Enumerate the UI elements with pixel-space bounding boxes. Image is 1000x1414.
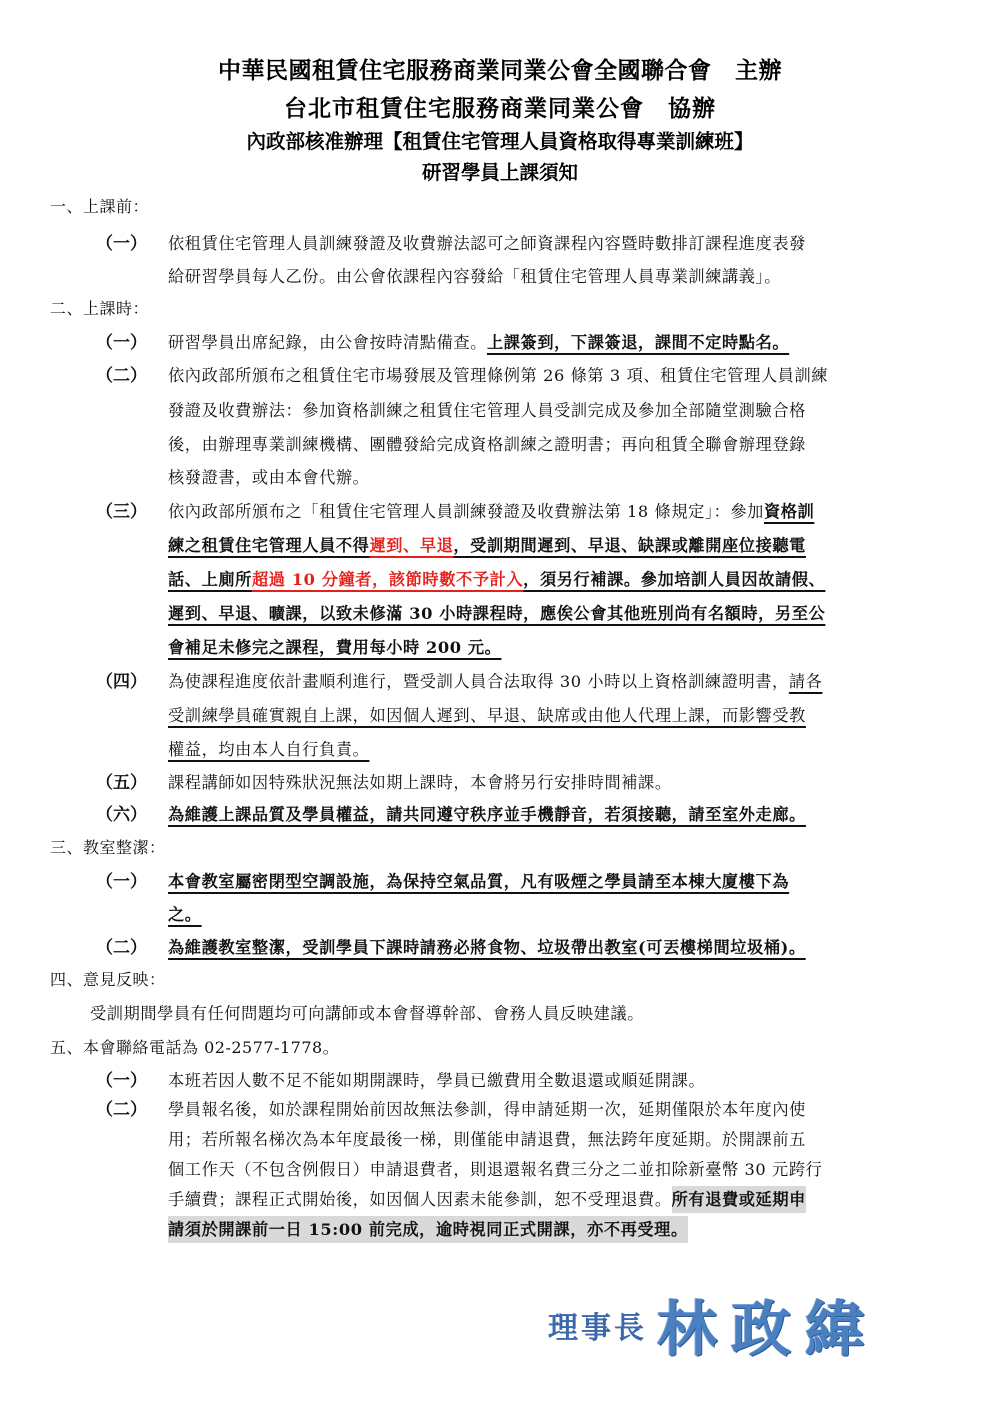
emphasis-text: 資格訓 bbox=[764, 502, 814, 521]
emphasis-text: 話、上廁所 bbox=[168, 570, 252, 589]
item-text-line: 研習學員出席紀錄，由公會按時清點備查。上課簽到，下課簽退，課間不定時點名。 bbox=[168, 329, 789, 353]
item-text-line: 為使課程進度依計畫順利進行，暨受訓人員合法取得 30 小時以上資格訓練證明書，請… bbox=[168, 668, 822, 692]
section-heading-during-class: 二、上課時： bbox=[50, 296, 149, 319]
section-heading-feedback: 四、意見反映： bbox=[50, 967, 166, 990]
section-heading-contact: 五、本會聯絡電話為 02-2577-1778。 bbox=[50, 1035, 339, 1058]
plain-text: 為使課程進度依計畫順利進行，暨受訓人員合法取得 30 小時以上資格訓練證明書， bbox=[168, 672, 789, 691]
item-number: （一） bbox=[96, 1066, 147, 1091]
item-text-line: 個工作天（不包含例假日）申請退費者，則退還報名費三分之二並扣除新臺幣 30 元跨… bbox=[168, 1156, 822, 1180]
plain-text: 手續費；課程正式開始後，如因個人因素未能參訓，恕不受理退費。 bbox=[168, 1190, 672, 1209]
item-number: （六） bbox=[96, 800, 147, 825]
item-text-line: 為維護上課品質及學員權益，請共同遵守秩序並手機靜音，若須接聽，請至室外走廊。 bbox=[168, 801, 806, 825]
highlighted-text: 所有退費或延期申 bbox=[672, 1186, 806, 1213]
item-number: （二） bbox=[96, 1095, 147, 1120]
item-text-line: 為維護教室整潔，受訓學員下課時請務必將食物、垃圾帶出教室(可丟樓梯間垃圾桶)。 bbox=[168, 934, 806, 958]
item-text-line: 依內政部所頒布之「租賃住宅管理人員訓練發證及收費辦法第 18 條規定」：參加資格… bbox=[168, 498, 814, 522]
course-title: 內政部核准辦理【租賃住宅管理人員資格取得專業訓練班】 bbox=[0, 126, 1000, 154]
plain-text: 研習學員出席紀錄，由公會按時清點備查。 bbox=[168, 333, 487, 352]
organizer-line: 中華民國租賃住宅服務商業同業公會全國聯合會 主辦 bbox=[0, 52, 1000, 85]
item-text-line: 遲到、早退、曠課，以致未修滿 30 小時課程時，應俟公會其他班別尚有名額時，另至… bbox=[168, 600, 825, 624]
document-page: 中華民國租賃住宅服務商業同業公會全國聯合會 主辦 台北市租賃住宅服務商業同業公會… bbox=[0, 0, 1000, 1414]
emphasis-text: 練之租賃住宅管理人員不得 bbox=[168, 536, 369, 555]
emphasis-text: ，受訓期間遲到、早退、缺課或離開座位接聽電 bbox=[453, 536, 806, 555]
item-number: （三） bbox=[96, 497, 147, 522]
item-number: （一） bbox=[96, 229, 147, 254]
item-text-line: 本會教室屬密閉型空調設施，為保持空氣品質，凡有吸煙之學員請至本棟大廈樓下為 bbox=[168, 868, 789, 892]
item-text-line: 用；若所報名梯次為本年度最後一梯，則僅能申請退費，無法跨年度延期。於開課前五 bbox=[168, 1126, 806, 1150]
item-number: （四） bbox=[96, 667, 147, 692]
signature-title: 理事長 bbox=[548, 1303, 647, 1347]
red-emphasis-text: 超過 10 分鐘者，該節時數不予計入 bbox=[252, 570, 523, 589]
co-organizer-line: 台北市租賃住宅服務商業同業公會 協辦 bbox=[0, 90, 1000, 123]
signature-name-stamp: 林政緯 bbox=[657, 1282, 879, 1368]
emphasis-text: 上課簽到，下課簽退，課間不定時點名。 bbox=[487, 333, 789, 352]
item-text-line: 發證及收費辦法：參加資格訓練之租賃住宅管理人員受訓完成及參加全部隨堂測驗合格 bbox=[168, 397, 806, 421]
item-text-line: 受訓練學員確實親自上課，如因個人遲到、早退、缺席或由他人代理上課，而影響受教 bbox=[168, 702, 806, 726]
item-text-line: 手續費；課程正式開始後，如因個人因素未能參訓，恕不受理退費。所有退費或延期申 bbox=[168, 1186, 806, 1210]
feedback-text: 受訓期間學員有任何問題均可向講師或本會督導幹部、會務人員反映建議。 bbox=[90, 1000, 644, 1024]
item-number: （五） bbox=[96, 768, 147, 793]
red-emphasis-text: 遲到、早退 bbox=[369, 536, 453, 555]
item-text-line: 練之租賃住宅管理人員不得遲到、早退，受訓期間遲到、早退、缺課或離開座位接聽電 bbox=[168, 532, 806, 556]
plain-text: 依內政部所頒布之「租賃住宅管理人員訓練發證及收費辦法第 18 條規定」：參加 bbox=[168, 502, 764, 521]
section-heading-classroom: 三、教室整潔： bbox=[50, 835, 166, 858]
underlined-text: 請各 bbox=[789, 672, 823, 691]
item-text-line: 請須於開課前一日 15:00 前完成，逾時視同正式開課，亦不再受理。 bbox=[168, 1216, 688, 1240]
item-text-line: 權益，均由本人自行負責。 bbox=[168, 736, 369, 760]
document-title: 研習學員上課須知 bbox=[0, 157, 1000, 185]
item-text-line: 課程講師如因特殊狀況無法如期上課時，本會將另行安排時間補課。 bbox=[168, 769, 672, 793]
highlighted-text: 請須於開課前一日 15:00 前完成，逾時視同正式開課，亦不再受理。 bbox=[168, 1216, 688, 1243]
item-text-line: 給研習學員每人乙份。由公會依課程內容發給「租賃住宅管理人員專業訓練講義」。 bbox=[168, 263, 781, 287]
item-number: （一） bbox=[96, 867, 147, 892]
item-text-line: 依內政部所頒布之租賃住宅市場發展及管理條例第 26 條第 3 項、租賃住宅管理人… bbox=[168, 362, 828, 386]
item-text-line: 核發證書，或由本會代辦。 bbox=[168, 464, 369, 488]
item-number: （一） bbox=[96, 328, 147, 353]
item-text-line: 後，由辦理專業訓練機構、團體發給完成資格訓練之證明書；再向租賃全聯會辦理登錄 bbox=[168, 431, 806, 455]
section-heading-before-class: 一、上課前： bbox=[50, 194, 149, 217]
emphasis-text: ，須另行補課。參加培訓人員因故請假、 bbox=[523, 570, 825, 589]
item-text-line: 話、上廁所超過 10 分鐘者，該節時數不予計入，須另行補課。參加培訓人員因故請假… bbox=[168, 566, 825, 590]
item-text-line: 本班若因人數不足不能如期開課時，學員已繳費用全數退還或順延開課。 bbox=[168, 1067, 705, 1091]
item-text-line: 依租賃住宅管理人員訓練發證及收費辦法認可之師資課程內容暨時數排訂課程進度表發 bbox=[168, 230, 806, 254]
signature-block: 理事長 林政緯 bbox=[548, 1282, 879, 1368]
item-text-line: 之。 bbox=[168, 901, 202, 925]
item-number: （二） bbox=[96, 933, 147, 958]
item-text-line: 會補足未修完之課程，費用每小時 200 元。 bbox=[168, 634, 501, 658]
item-text-line: 學員報名後，如於課程開始前因故無法參訓，得申請延期一次，延期僅限於本年度內使 bbox=[168, 1096, 806, 1120]
item-number: （二） bbox=[96, 361, 147, 386]
